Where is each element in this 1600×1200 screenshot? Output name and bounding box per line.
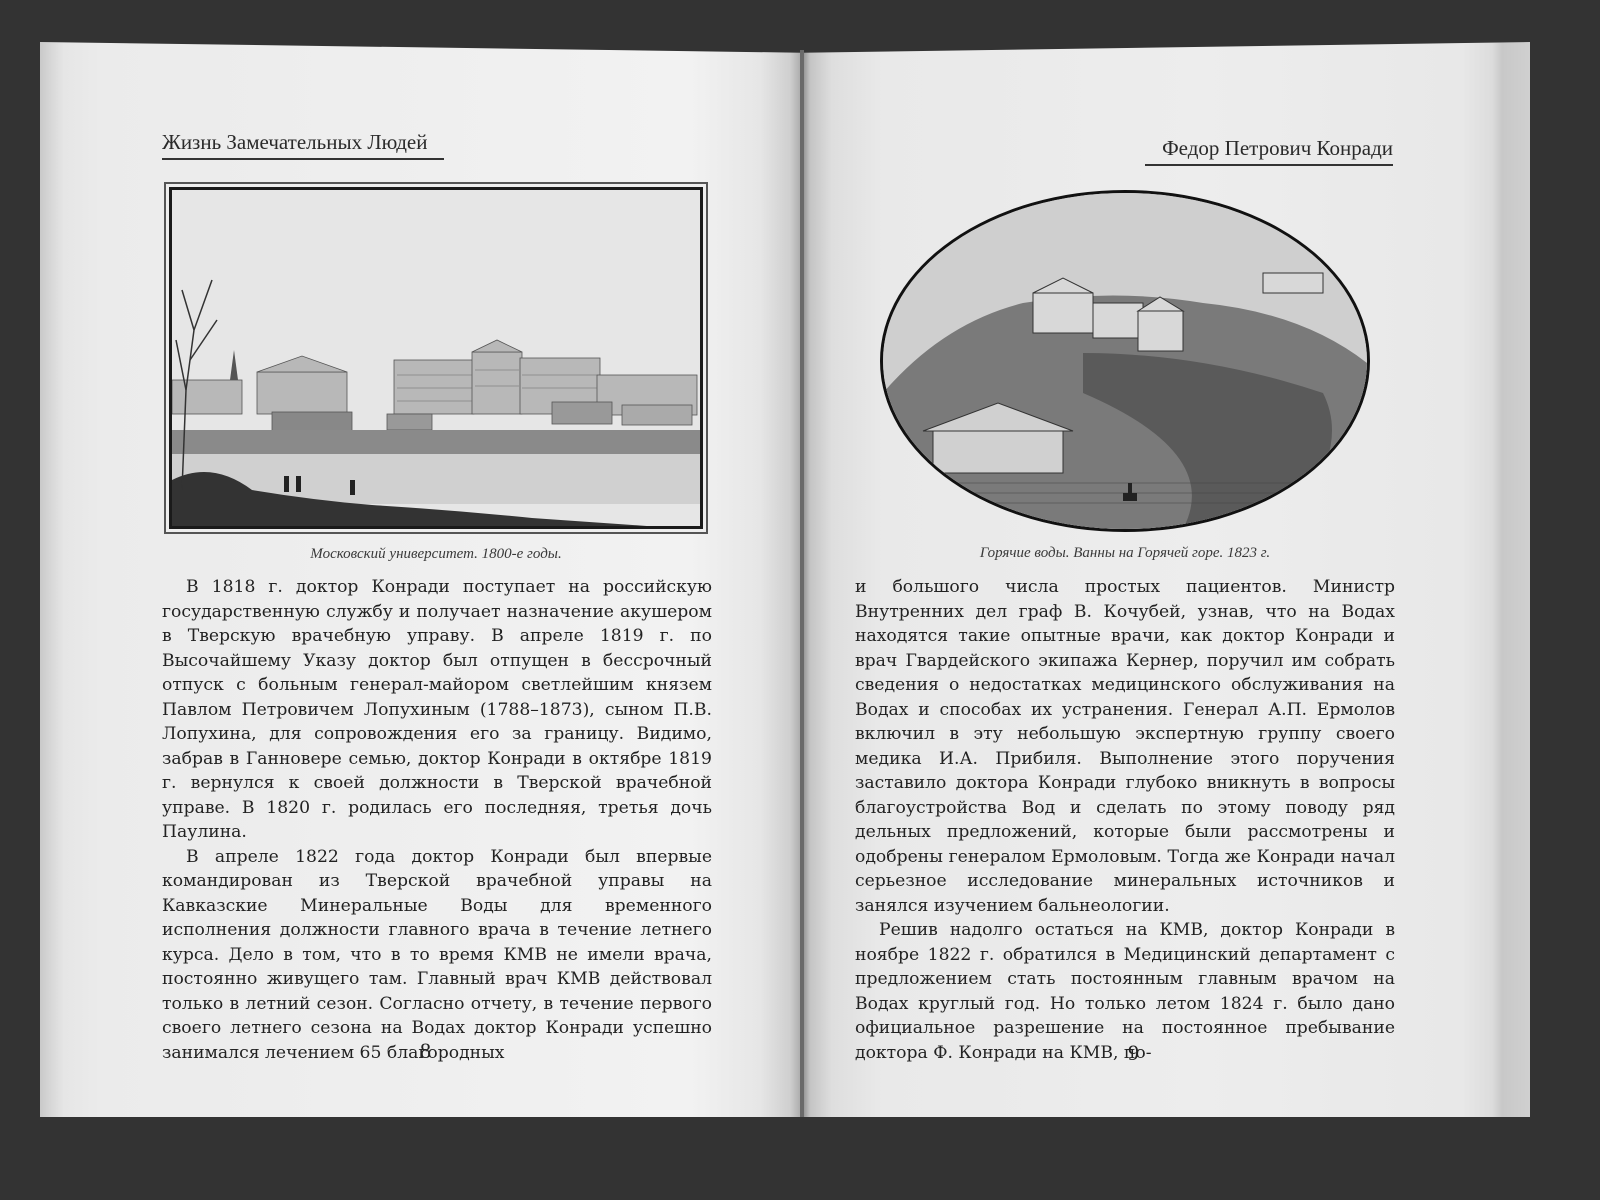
left-running-head: Жизнь Замечательных Людей (162, 130, 444, 160)
book-spine (800, 50, 804, 1117)
hot-springs-illustration (880, 190, 1370, 532)
engraving-image (169, 187, 703, 529)
right-page-body-text: и большого числа простых пациентов. Мини… (855, 575, 1395, 1065)
paragraph: В апреле 1822 года доктор Конради был вп… (162, 845, 712, 1066)
moscow-university-illustration (164, 182, 708, 534)
landscape-engraving-icon (172, 190, 703, 529)
open-book-spread: Жизнь Замечательных Людей Федор Петрович… (40, 42, 1530, 1117)
right-figure-caption: Горячие воды. Ванны на Горячей горе. 182… (880, 545, 1370, 562)
left-page-body-text: В 1818 г. доктор Конради поступает на ро… (162, 575, 712, 1065)
paragraph: В 1818 г. доктор Конради поступает на ро… (162, 575, 712, 845)
left-page-number: 8 (420, 1038, 431, 1064)
left-figure-caption: Московский университет. 1800-е годы. (164, 546, 708, 563)
right-running-head: Федор Петрович Конради (1145, 136, 1393, 166)
paragraph: Решив надолго остаться на КМВ, доктор Ко… (855, 918, 1395, 1065)
paragraph: и большого числа простых пациентов. Мини… (855, 575, 1395, 918)
right-page-number: 9 (1128, 1040, 1139, 1066)
oval-engraving-icon (883, 193, 1367, 529)
